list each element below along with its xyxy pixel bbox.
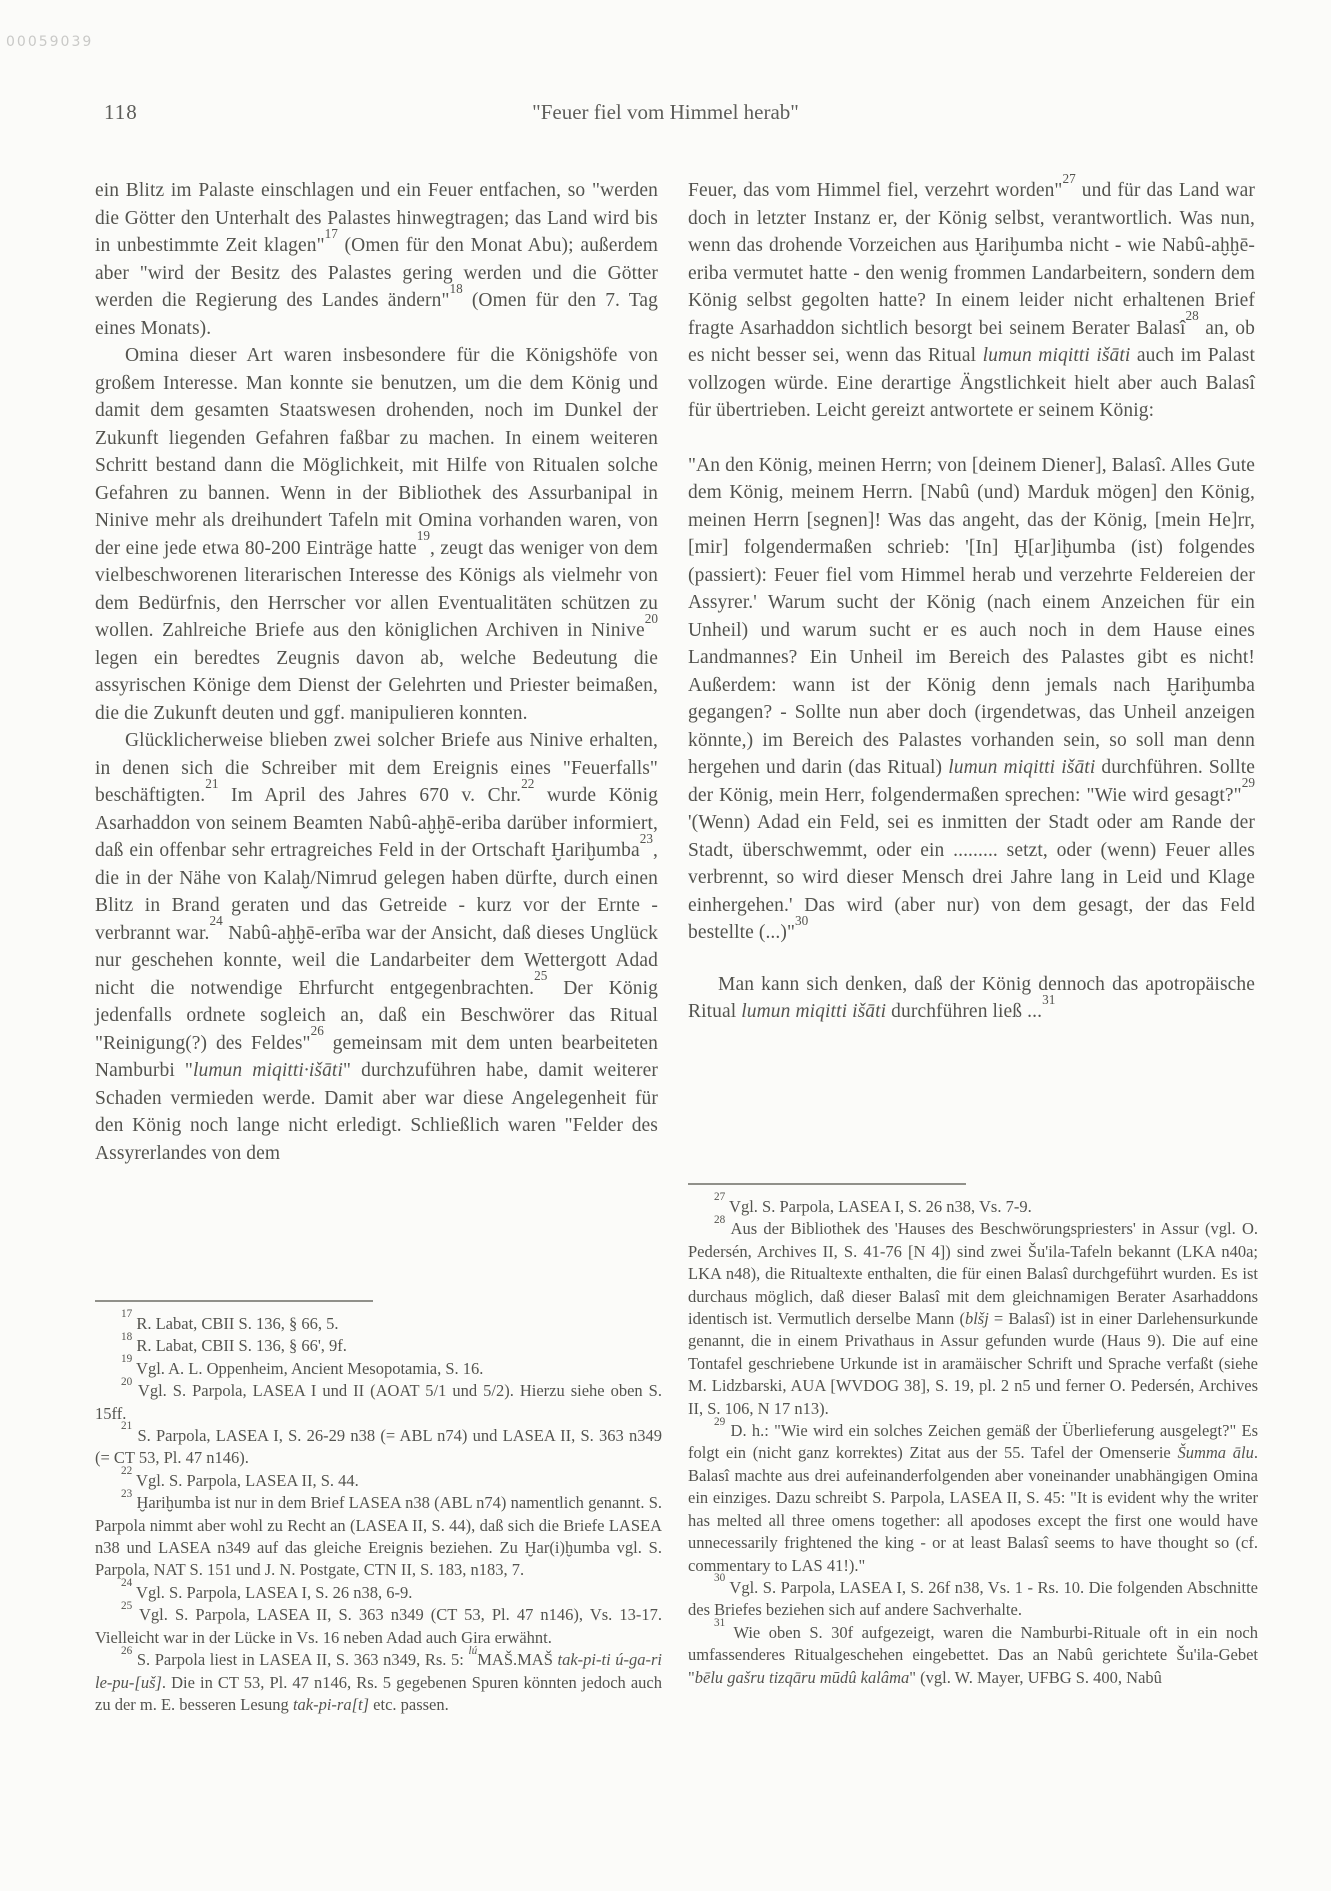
text-run: Vgl. A. L. Oppenheim, Ancient Mesopotami… bbox=[136, 1359, 483, 1378]
body-paragraph: Glücklicherweise blieben zwei solcher Br… bbox=[95, 727, 658, 1167]
text-run: Vgl. S. Parpola, LASEA II, S. 363 n349 (… bbox=[95, 1605, 662, 1646]
scan-id-number: 00059039 bbox=[6, 34, 93, 50]
text-run: Vgl. S. Parpola, LASEA I und II (AOAT 5/… bbox=[95, 1381, 662, 1422]
right-text-column: Feuer, das vom Himmel fiel, verzehrt wor… bbox=[688, 177, 1255, 1026]
text-run: Feuer, das vom Himmel fiel, verzehrt wor… bbox=[688, 180, 1062, 201]
footnote-ref: 17 bbox=[325, 226, 338, 241]
footnote-ref: 31 bbox=[1042, 992, 1055, 1007]
right-footnote-block: 27 Vgl. S. Parpola, LASEA I, S. 26 n38, … bbox=[688, 1183, 1258, 1689]
footnote: 19 Vgl. A. L. Oppenheim, Ancient Mesopot… bbox=[95, 1358, 662, 1380]
footnote: 24 Vgl. S. Parpola, LASEA I, S. 26 n38, … bbox=[95, 1582, 662, 1604]
footnote: 26 S. Parpola liest in LASEA II, S. 363 … bbox=[95, 1649, 662, 1716]
closing-paragraph: Man kann sich denken, daß der König denn… bbox=[688, 971, 1255, 1026]
footnote: 23 Ḫariḫumba ist nur in dem Brief LASEA … bbox=[95, 1492, 662, 1582]
footnote: 29 D. h.: "Wie wird ein solches Zeichen … bbox=[688, 1420, 1258, 1577]
text-run: Omina dieser Art waren insbesondere für … bbox=[95, 345, 658, 559]
footnote-separator-rule bbox=[95, 1300, 373, 1302]
footnote: 31 Wie oben S. 30f aufgezeigt, waren die… bbox=[688, 1622, 1258, 1689]
footnote-number: 20 bbox=[121, 1376, 132, 1388]
footnote-number: 31 bbox=[714, 1617, 725, 1629]
text-run: . Balasî machte aus drei aufeinanderfolg… bbox=[688, 1443, 1258, 1574]
running-title: "Feuer fiel vom Himmel herab" bbox=[0, 100, 1331, 125]
letter-quote: "An den König, meinen Herrn; von [deinem… bbox=[688, 452, 1255, 947]
footnote-ref: 30 bbox=[795, 913, 808, 928]
italic-term: tak-pi-ra[t] bbox=[293, 1695, 369, 1714]
left-footnotes: 17 R. Labat, CBII S. 136, § 66, 5.18 R. … bbox=[95, 1313, 662, 1716]
footnote-ref: lú bbox=[469, 1645, 478, 1657]
right-footnotes: 27 Vgl. S. Parpola, LASEA I, S. 26 n38, … bbox=[688, 1196, 1258, 1689]
text-run: und für das Land war doch in letzter Ins… bbox=[688, 180, 1255, 339]
italic-term: bēlu gašru tizqāru mūdû kalâma bbox=[695, 1668, 910, 1687]
footnote-number: 29 bbox=[714, 1416, 725, 1428]
italic-term: Šumma ālu bbox=[1177, 1443, 1253, 1462]
footnote-number: 30 bbox=[714, 1572, 725, 1584]
scanned-book-page: 00059039 "Feuer fiel vom Himmel herab" 1… bbox=[0, 0, 1331, 1891]
text-run: etc. passen. bbox=[369, 1695, 449, 1714]
footnote-ref: 26 bbox=[311, 1023, 324, 1038]
text-run: durchführen ließ ... bbox=[886, 1001, 1042, 1022]
footnote-ref: 25 bbox=[534, 968, 547, 983]
text-run: Vgl. S. Parpola, LASEA I, S. 26 n38, Vs.… bbox=[729, 1197, 1032, 1216]
text-run: Vgl. S. Parpola, LASEA I, S. 26f n38, Vs… bbox=[688, 1578, 1258, 1619]
text-run: Im April des Jahres 670 v. Chr. bbox=[218, 785, 521, 806]
text-run: Vgl. S. Parpola, LASEA II, S. 44. bbox=[136, 1471, 359, 1490]
footnote-number: 24 bbox=[121, 1577, 132, 1589]
footnote: 22 Vgl. S. Parpola, LASEA II, S. 44. bbox=[95, 1470, 662, 1492]
italic-term: lumun miqitti išāti bbox=[948, 757, 1095, 778]
italic-term: blšj bbox=[965, 1309, 989, 1328]
footnote: 25 Vgl. S. Parpola, LASEA II, S. 363 n34… bbox=[95, 1604, 662, 1649]
footnote-ref: 28 bbox=[1186, 308, 1199, 323]
left-text-column: ein Blitz im Palaste einschlagen und ein… bbox=[95, 177, 658, 1167]
body-paragraph: Omina dieser Art waren insbesondere für … bbox=[95, 342, 658, 727]
footnote: 28 Aus der Bibliothek des 'Hauses des Be… bbox=[688, 1218, 1258, 1420]
text-run: '(Wenn) Adad ein Feld, sei es inmitten d… bbox=[688, 812, 1255, 943]
footnote-ref: 18 bbox=[450, 281, 463, 296]
text-run: D. h.: "Wie wird ein solches Zeichen gem… bbox=[688, 1421, 1258, 1462]
italic-term: lumun miqitti išāti bbox=[741, 1001, 886, 1022]
footnote: 27 Vgl. S. Parpola, LASEA I, S. 26 n38, … bbox=[688, 1196, 1258, 1218]
footnote-number: 19 bbox=[121, 1353, 132, 1365]
footnote-ref: 20 bbox=[645, 611, 658, 626]
footnote-ref: 19 bbox=[417, 528, 430, 543]
footnote-ref: 29 bbox=[1242, 775, 1255, 790]
footnote-number: 28 bbox=[714, 1214, 725, 1226]
footnote: 21 S. Parpola, LASEA I, S. 26-29 n38 (= … bbox=[95, 1425, 662, 1470]
footnote: 17 R. Labat, CBII S. 136, § 66, 5. bbox=[95, 1313, 662, 1335]
footnote: 30 Vgl. S. Parpola, LASEA I, S. 26f n38,… bbox=[688, 1577, 1258, 1622]
text-run: R. Labat, CBII S. 136, § 66', 9f. bbox=[136, 1336, 347, 1355]
text-run: Ḫariḫumba ist nur in dem Brief LASEA n38… bbox=[95, 1493, 662, 1579]
text-run: S. Parpola liest in LASEA II, S. 363 n34… bbox=[137, 1650, 469, 1669]
footnote-number: 22 bbox=[121, 1465, 132, 1477]
footnote-ref: 21 bbox=[205, 776, 218, 791]
footnote-number: 27 bbox=[714, 1191, 725, 1203]
footnote-separator-rule bbox=[688, 1183, 966, 1185]
page-number: 118 bbox=[104, 100, 138, 125]
footnote-ref: 22 bbox=[521, 776, 534, 791]
footnote: 20 Vgl. S. Parpola, LASEA I und II (AOAT… bbox=[95, 1380, 662, 1425]
footnote: 18 R. Labat, CBII S. 136, § 66', 9f. bbox=[95, 1335, 662, 1357]
left-footnote-block: 17 R. Labat, CBII S. 136, § 66, 5.18 R. … bbox=[95, 1300, 662, 1716]
text-run: Vgl. S. Parpola, LASEA I, S. 26 n38, 6-9… bbox=[136, 1583, 412, 1602]
italic-term: lumun miqitti·išāti bbox=[193, 1060, 343, 1081]
footnote-number: 23 bbox=[121, 1488, 132, 1500]
text-run: S. Parpola, LASEA I, S. 26-29 n38 (= ABL… bbox=[95, 1426, 662, 1467]
footnote-number: 26 bbox=[121, 1645, 132, 1657]
footnote-ref: 23 bbox=[640, 831, 653, 846]
footnote-number: 21 bbox=[121, 1420, 132, 1432]
text-run: legen ein beredtes Zeugnis davon ab, wel… bbox=[95, 648, 658, 724]
footnote-number: 18 bbox=[121, 1331, 132, 1343]
footnote-number: 25 bbox=[121, 1600, 132, 1612]
text-run: " (vgl. W. Mayer, UFBG S. 400, Nabû bbox=[909, 1668, 1162, 1687]
continuation-paragraph: ein Blitz im Palaste einschlagen und ein… bbox=[95, 177, 658, 342]
footnote-number: 17 bbox=[121, 1308, 132, 1320]
footnote-ref: 27 bbox=[1062, 171, 1075, 186]
italic-term: lumun miqitti išāti bbox=[983, 345, 1131, 366]
text-run: "An den König, meinen Herrn; von [deinem… bbox=[688, 455, 1255, 779]
text-run: R. Labat, CBII S. 136, § 66, 5. bbox=[136, 1314, 338, 1333]
continuation-paragraph: Feuer, das vom Himmel fiel, verzehrt wor… bbox=[688, 177, 1255, 425]
footnote-ref: 24 bbox=[210, 913, 223, 928]
text-run: MAŠ.MAŠ bbox=[477, 1650, 557, 1669]
